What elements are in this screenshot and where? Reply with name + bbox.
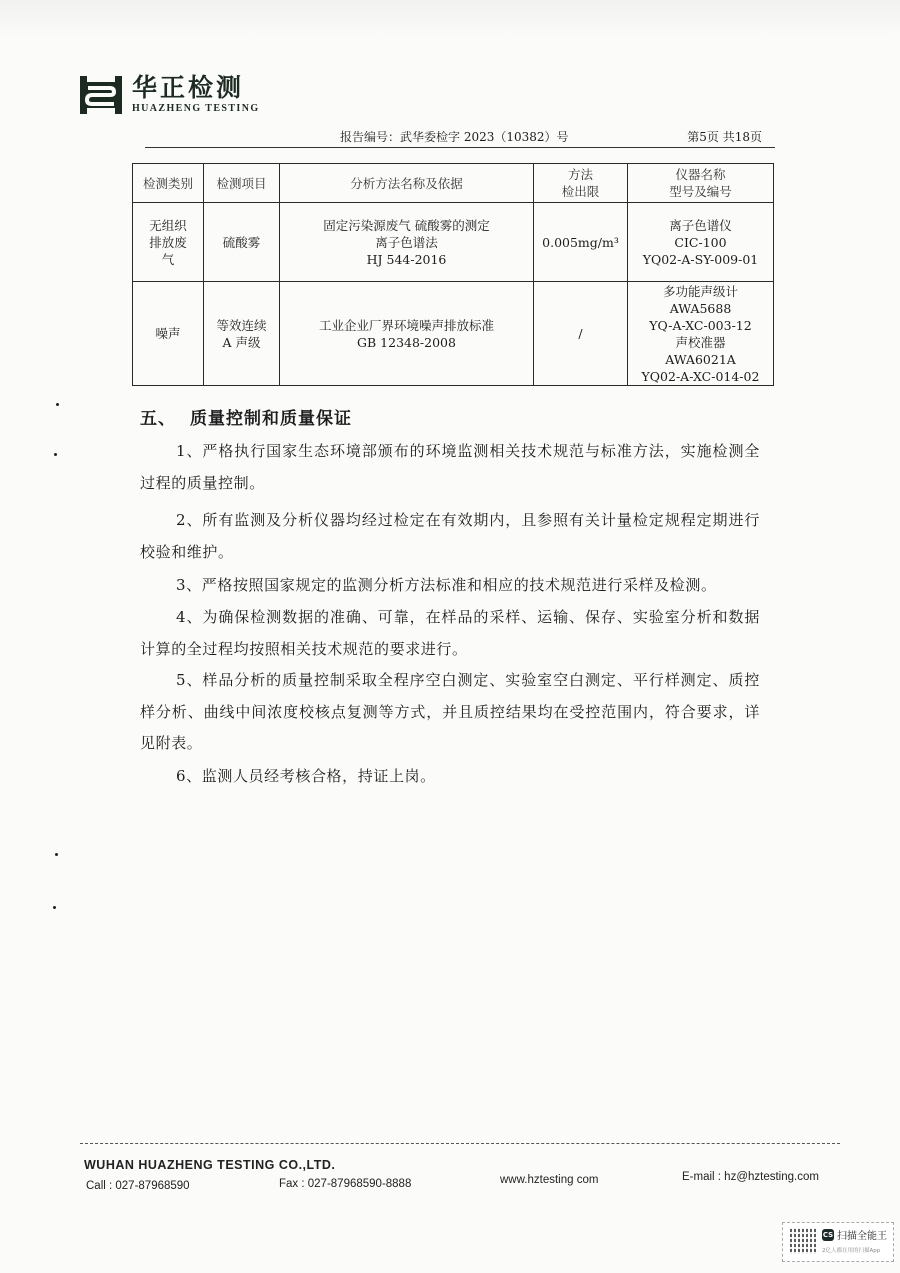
cell-item: 硫酸雾 [204, 203, 280, 282]
cell-instrument: 离子色谱仪 CIC-100 YQ02-A-SY-009-01 [628, 203, 774, 282]
footer-phone: Call : 027-87968590 [86, 1180, 190, 1192]
cell-detection-limit: / [534, 282, 628, 386]
page-indicator: 第5页 共18页 [687, 128, 762, 145]
cell-detection-limit: 0.005mg/m³ [534, 203, 628, 282]
col-header-item: 检测项目 [204, 164, 280, 203]
paragraph-1: 1、严格执行国家生态环境部颁布的环境监测相关技术规范与标准方法，实施检测全过程的… [140, 436, 760, 499]
col-header-detection-limit: 方法 检出限 [534, 164, 628, 203]
cell-instrument: 多功能声级计 AWA5688 YQ-A-XC-003-12 声校准器 AWA60… [628, 282, 774, 386]
col-header-category: 检测类别 [133, 164, 204, 203]
scan-shadow [0, 0, 900, 40]
report-number: 报告编号：武华委检字 2023（10382）号 [340, 128, 569, 145]
camscanner-logo-icon: CS [822, 1229, 834, 1241]
section-number: 五、 [140, 409, 176, 429]
paragraph-3: 3、严格按照国家规定的监测分析方法标准和相应的技术规范进行采样及检测。 [140, 570, 760, 602]
footer-website: www.hztesting com [500, 1174, 598, 1186]
logo-english-name: HUAZHENG TESTING [132, 103, 260, 114]
table-header-row: 检测类别 检测项目 分析方法名称及依据 方法 检出限 仪器名称 型号及编号 [133, 164, 774, 203]
footer-fax: Fax : 027-87968590-8888 [279, 1178, 411, 1190]
logo-chinese-name: 华正检测 [132, 75, 260, 101]
margin-mark [53, 906, 56, 909]
cell-method: 工业企业厂界环境噪声排放标准 GB 12348-2008 [280, 282, 534, 386]
analysis-method-table: 检测类别 检测项目 分析方法名称及依据 方法 检出限 仪器名称 型号及编号 无组… [132, 163, 774, 386]
paragraph-2: 2、所有监测及分析仪器均经过检定在有效期内，且参照有关计量检定规程定期进行校验和… [140, 505, 760, 568]
footer-email: E-mail : hz@hztesting.com [682, 1171, 819, 1183]
paragraph-5: 5、样品分析的质量控制采取全程序空白测定、实验室空白测定、平行样测定、质控样分析… [140, 665, 760, 760]
watermark-subtitle: 2亿人都在用的扫描App [822, 1246, 880, 1254]
col-header-method: 分析方法名称及依据 [280, 164, 534, 203]
footer-divider [80, 1143, 840, 1144]
col-header-instrument: 仪器名称 型号及编号 [628, 164, 774, 203]
huazheng-logo-icon [80, 76, 122, 114]
company-logo: 华正检测 HUAZHENG TESTING [80, 75, 260, 114]
section-heading: 五、质量控制和质量保证 [140, 404, 352, 429]
margin-mark [56, 403, 59, 406]
margin-mark [54, 453, 57, 456]
footer-company-name: WUHAN HUAZHENG TESTING CO.,LTD. [84, 1158, 335, 1172]
header-divider [145, 147, 775, 148]
table-row: 噪声 等效连续 A 声级 工业企业厂界环境噪声排放标准 GB 12348-200… [133, 282, 774, 386]
scanner-watermark: CS 扫描全能王 2亿人都在用的扫描App [782, 1222, 894, 1262]
section-title: 质量控制和质量保证 [190, 409, 352, 429]
report-header: 报告编号：武华委检字 2023（10382）号 第5页 共18页 [145, 128, 772, 144]
paragraph-4: 4、为确保检测数据的准确、可靠，在样品的采样、运输、保存、实验室分析和数据计算的… [140, 602, 760, 665]
cell-category: 无组织 排放废 气 [133, 203, 204, 282]
qr-code-icon [790, 1228, 816, 1254]
cell-method: 固定污染源废气 硫酸雾的测定 离子色谱法 HJ 544-2016 [280, 203, 534, 282]
cell-item: 等效连续 A 声级 [204, 282, 280, 386]
margin-mark [55, 853, 58, 856]
document-page: 华正检测 HUAZHENG TESTING 报告编号：武华委检字 2023（10… [0, 0, 900, 1273]
paragraph-6: 6、监测人员经考核合格，持证上岗。 [140, 761, 760, 793]
table-row: 无组织 排放废 气 硫酸雾 固定污染源废气 硫酸雾的测定 离子色谱法 HJ 54… [133, 203, 774, 282]
cell-category: 噪声 [133, 282, 204, 386]
watermark-title: 扫描全能王 [837, 1227, 887, 1242]
